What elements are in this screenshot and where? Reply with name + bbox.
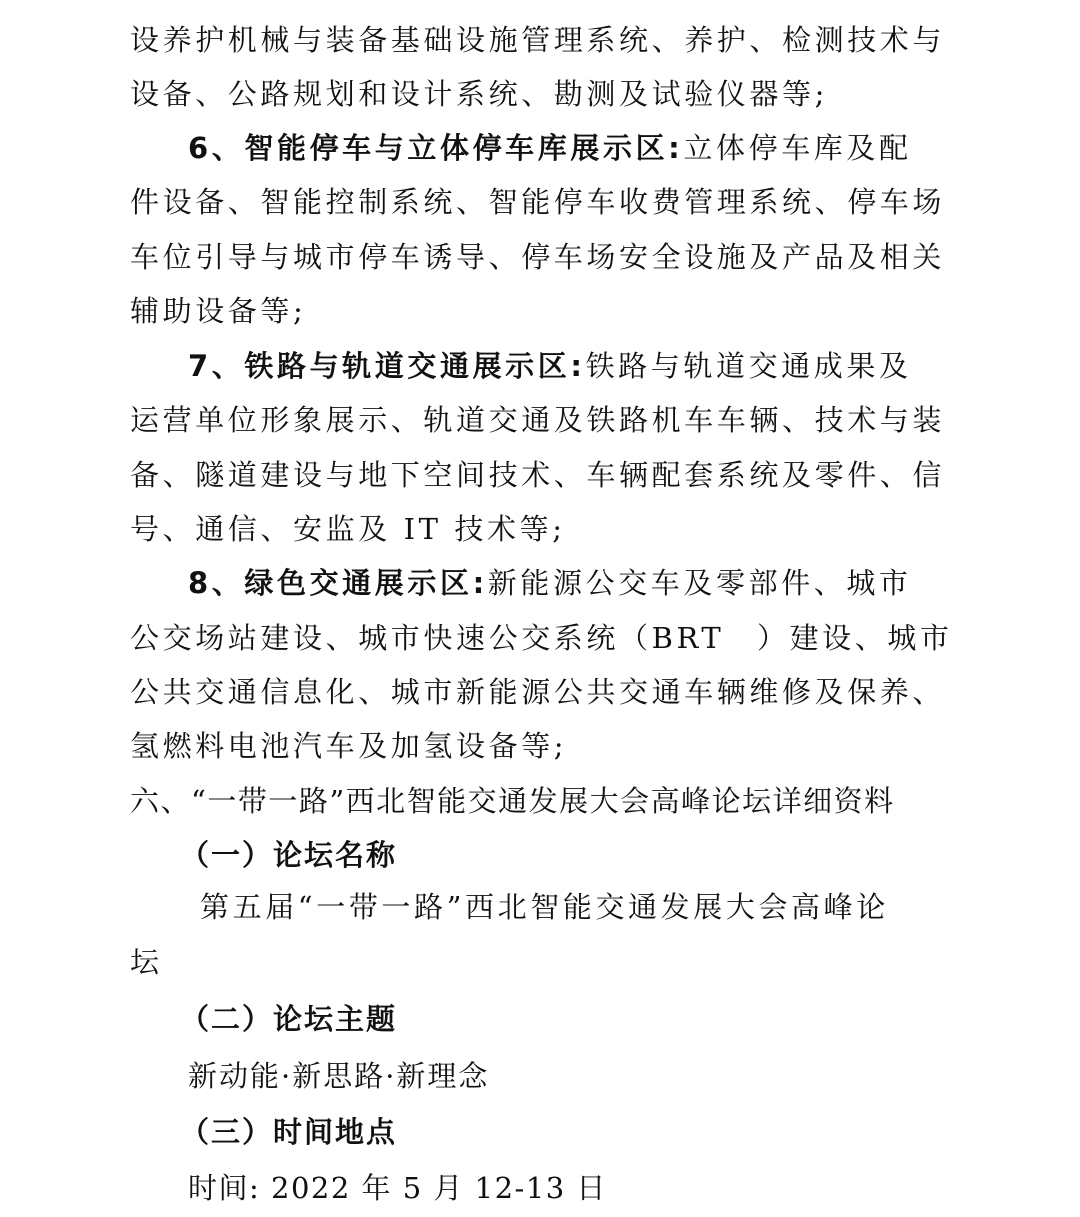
item-7-line: 7、铁路与轨道交通展示区:铁路与轨道交通成果及 (188, 346, 912, 386)
paragraph-line: 运营单位形象展示、轨道交通及铁路机车车辆、技术与装 (130, 400, 945, 440)
forum-theme-text: 新动能·新思路·新理念 (188, 1056, 489, 1096)
paragraph-line: 设养护机械与装备基础设施管理系统、养护、检测技术与 (130, 20, 945, 60)
paragraph-line: 氢燃料电池汽车及加氢设备等; (130, 726, 567, 766)
paragraph-line: 车位引导与城市停车诱导、停车场安全设施及产品及相关 (130, 237, 945, 277)
paragraph-line: 备、隧道建设与地下空间技术、车辆配套系统及零件、信 (130, 455, 945, 495)
item-6-text: 立体停车库及配 (683, 131, 911, 165)
item-8-heading: 8、绿色交通展示区: (188, 566, 488, 600)
sub-heading-forum-theme: （二）论坛主题 (180, 999, 397, 1039)
forum-name-line: 第五届“一带一路”西北智能交通发展大会高峰论 (200, 887, 889, 927)
sub-heading-time-place: （三）时间地点 (180, 1112, 397, 1152)
item-6-heading: 6、智能停车与立体停车库展示区: (188, 131, 683, 165)
paragraph-line: 公共交通信息化、城市新能源公共交通车辆维修及保养、 (130, 672, 945, 712)
item-7-heading: 7、铁路与轨道交通展示区: (188, 349, 586, 383)
paragraph-line: 公交场站建设、城市快速公交系统（BRT ）建设、城市 (130, 618, 953, 658)
paragraph-line: 号、通信、安监及 IT 技术等; (130, 509, 566, 549)
item-8-text: 新能源公交车及零部件、城市 (488, 566, 912, 600)
paragraph-line: 件设备、智能控制系统、智能停车收费管理系统、停车场 (130, 182, 945, 222)
sub-heading-forum-name: （一）论坛名称 (180, 835, 397, 875)
paragraph-line: 辅助设备等; (130, 291, 306, 331)
paragraph-line: 设备、公路规划和设计系统、勘测及试验仪器等; (130, 74, 828, 114)
item-6-line: 6、智能停车与立体停车库展示区:立体停车库及配 (188, 128, 912, 168)
forum-name-line: 坛 (130, 942, 163, 982)
section-6-title: 六、“一带一路”西北智能交通发展大会高峰论坛详细资料 (130, 781, 895, 821)
item-8-line: 8、绿色交通展示区:新能源公交车及零部件、城市 (188, 563, 912, 603)
forum-time-text: 时间: 2022 年 5 月 12-13 日 (188, 1168, 607, 1208)
item-7-text: 铁路与轨道交通成果及 (586, 349, 912, 383)
